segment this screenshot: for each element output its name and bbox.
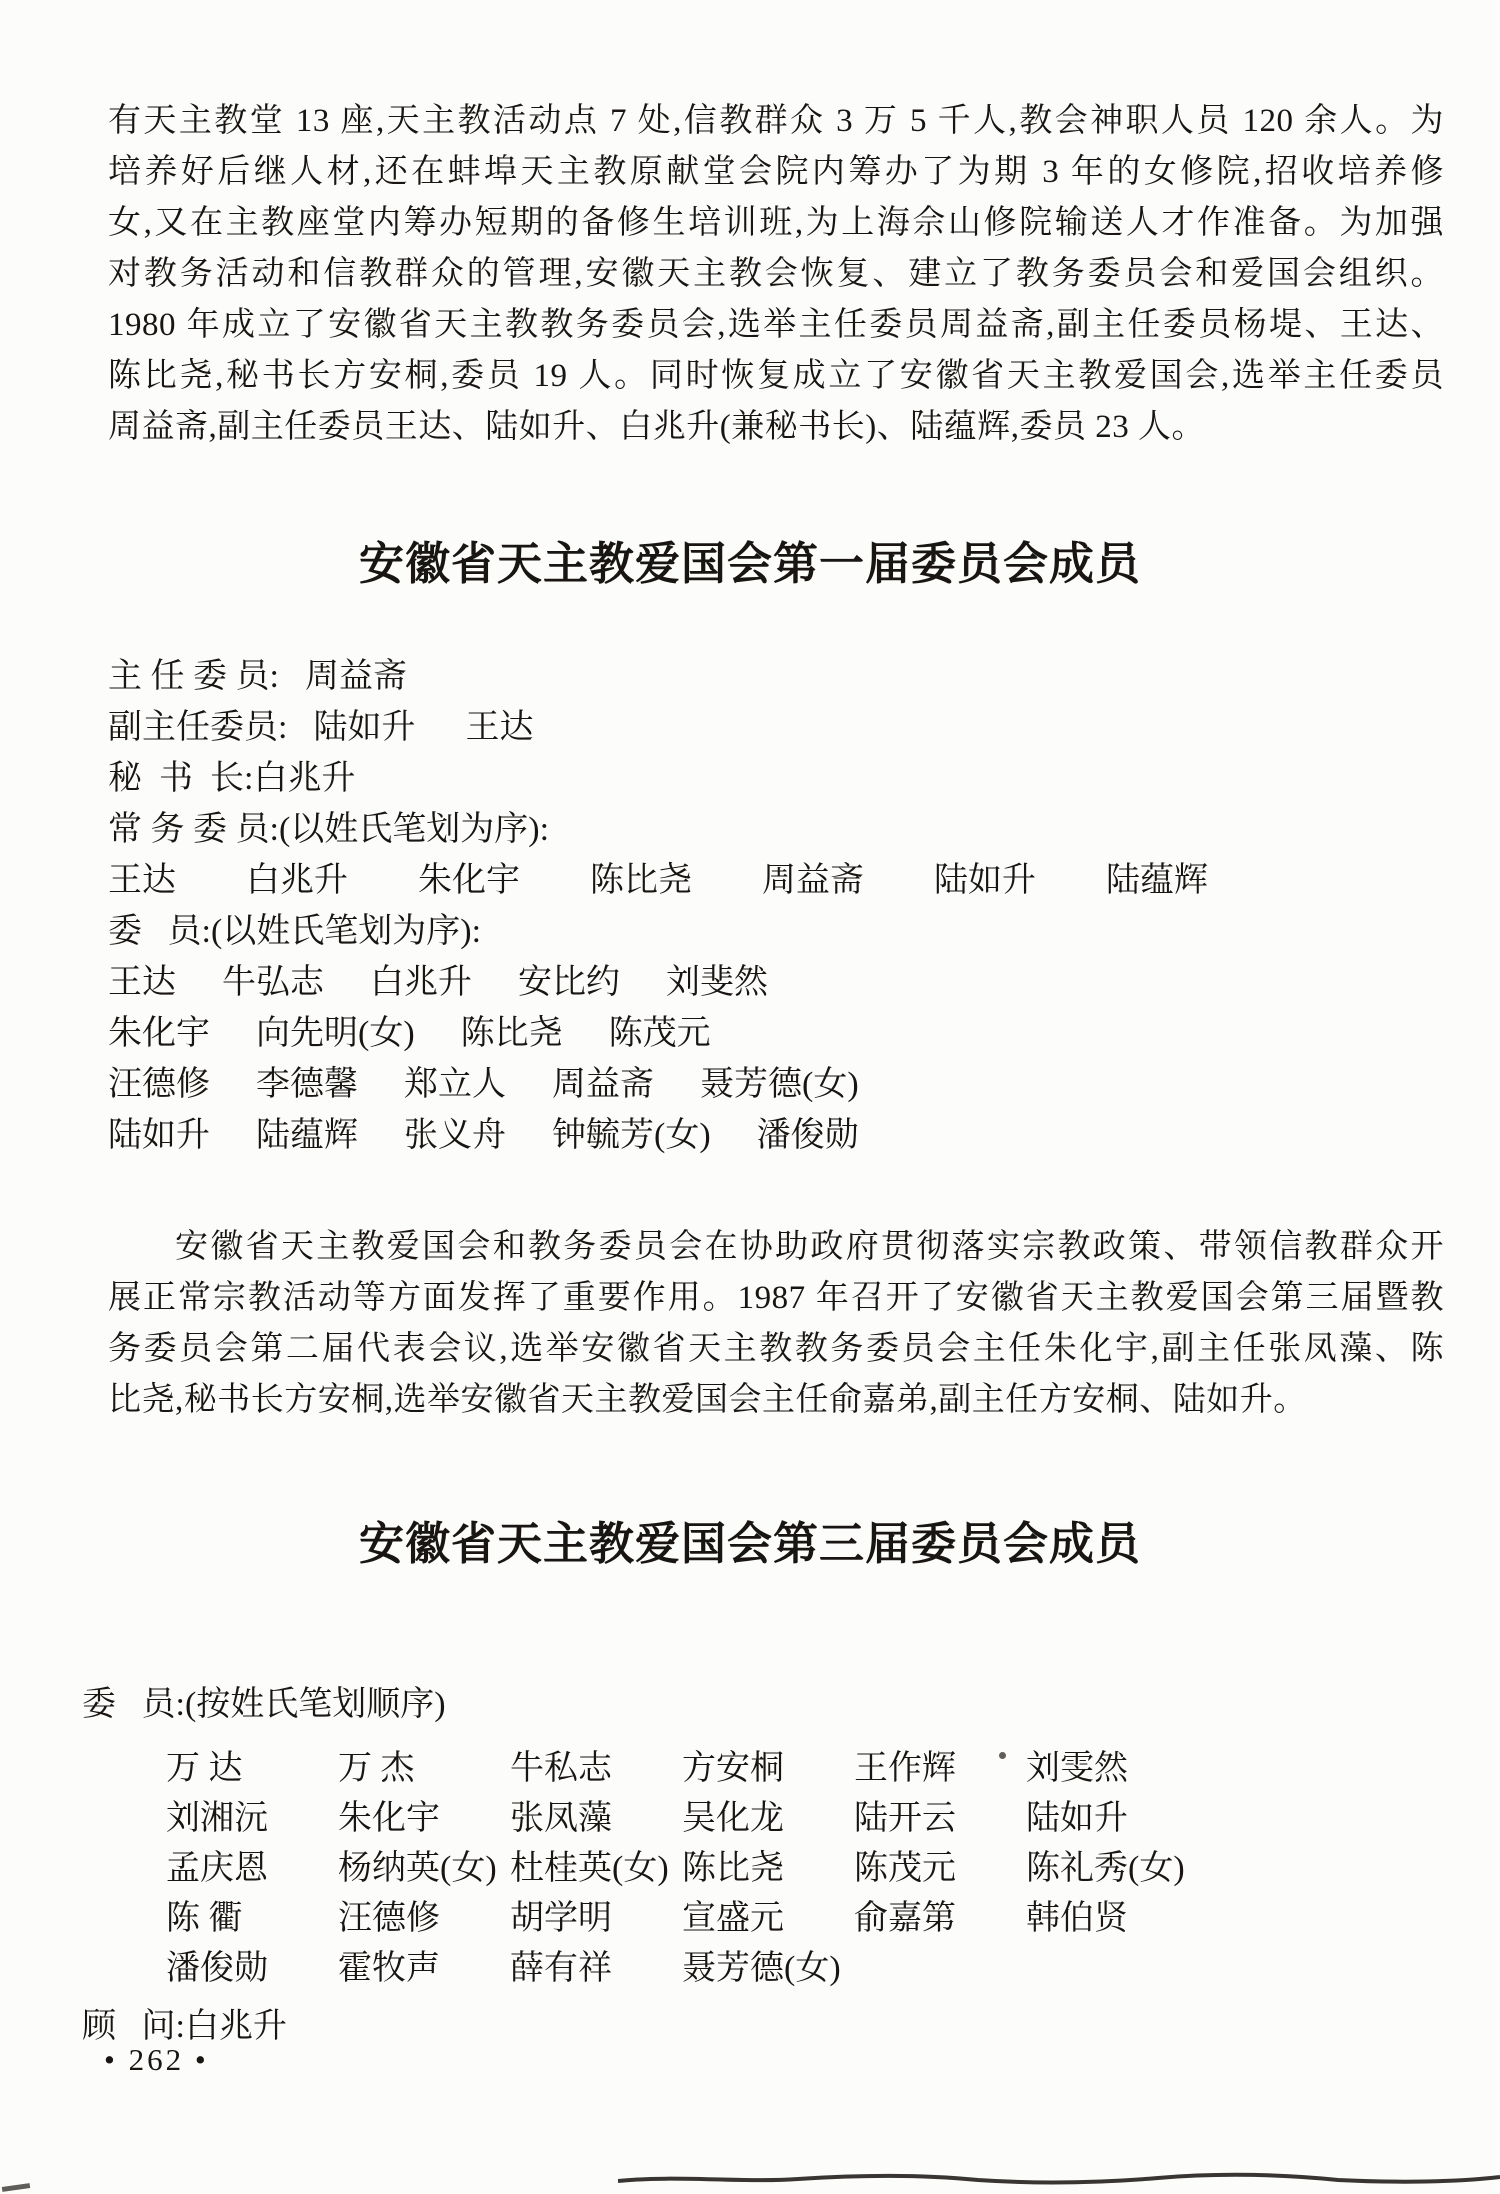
role-label: 顾 问: [82, 2008, 185, 2045]
member-name: 朱化宇 [338, 1794, 510, 1844]
member-name: 陆蕴辉 [256, 1110, 358, 1161]
standing-members-row: 王达 白兆升 朱化宇 陈比尧 周益斋 陆如升 陆蕴辉 [108, 855, 1468, 906]
member-name: 王达 [108, 957, 176, 1008]
member-name: 杜桂英(女) [510, 1844, 682, 1894]
member-name: 白兆升 [246, 855, 348, 906]
member-row: 朱化宇 向先明(女) 陈比尧 陈茂元 [108, 1008, 1468, 1059]
members-label-row: 委 员:(按姓氏笔划顺序) [82, 1680, 1482, 1730]
text-line: 比尧,秘书长方安桐,选举安徽省天主教爱国会主任俞嘉弟,副主任方安桐、陆如升。 [108, 1375, 1444, 1426]
member-name: 刘雯然 [1026, 1744, 1198, 1794]
member-name: 朱化宇 [108, 1008, 210, 1059]
role-label: 主 任 委 员: [108, 651, 279, 702]
member-name: 李德馨 [256, 1059, 358, 1110]
member-name: 薛有祥 [510, 1944, 682, 1994]
member-name: 陈礼秀(女) [1026, 1844, 1198, 1894]
member-name: 牛弘志 [222, 957, 324, 1008]
member-name: 刘斐然 [666, 957, 768, 1008]
text-line: 务委员会第二届代表会议,选举安徽省天主教教务委员会主任朱化宇,副主任张凤藻、陈 [108, 1324, 1444, 1375]
standing-label-row: 常 务 委 员:(以姓氏笔划为序): [108, 804, 1468, 855]
member-name: 陆开云 [854, 1794, 1026, 1844]
member-row: 万 达 万 杰 牛私志 方安桐 王作辉 刘雯然 [166, 1744, 1482, 1794]
role-label: 委 员:(以姓氏笔划为序): [108, 906, 481, 957]
member-name: 张凤藻 [510, 1794, 682, 1844]
member-name: 俞嘉第 [854, 1894, 1026, 1944]
member-name: 王达 [108, 855, 176, 906]
member-name: 陈比尧 [461, 1008, 563, 1059]
role-label: 秘 书 长: [108, 753, 253, 804]
member-name: 霍牧声 [338, 1944, 510, 1994]
member-row: 潘俊勋 霍牧声 薛有祥 聂芳德(女) [166, 1944, 1482, 1994]
member-name: 吴化龙 [682, 1794, 854, 1844]
member-name: 陈比尧 [682, 1844, 854, 1894]
text-line: 安徽省天主教爱国会和教务委员会在协助政府贯彻落实宗教政策、带领信教群众开 [108, 1222, 1444, 1273]
member-row: 陈 衢 汪德修 胡学明 宣盛元 俞嘉第 韩伯贤 [166, 1894, 1482, 1944]
member-name: 张义舟 [404, 1110, 506, 1161]
text-line: 女,又在主教座堂内筹办短期的备修生培训班,为上海佘山修院输送人才作准备。为加强 [108, 198, 1444, 249]
page-number: • 262 • [104, 2042, 209, 2078]
member-name: 汪德修 [108, 1059, 210, 1110]
member-name: 陆蕴辉 [1106, 855, 1208, 906]
section1-heading: 安徽省天主教爱国会第一届委员会成员 [0, 534, 1500, 594]
member-name: 陆如升 [1026, 1794, 1198, 1844]
member-row: 汪德修 李德馨 郑立人 周益斋 聂芳德(女) [108, 1059, 1468, 1110]
member-name: 胡学明 [510, 1894, 682, 1944]
member-name: 潘俊勋 [757, 1110, 859, 1161]
member-name: 刘湘沅 [166, 1794, 338, 1844]
text-line: 1980 年成立了安徽省天主教教务委员会,选举主任委员周益斋,副主任委员杨堤、王… [108, 300, 1444, 351]
member-name: 陆如升 [934, 855, 1036, 906]
members-label-row: 委 员:(以姓氏笔划为序): [108, 906, 1468, 957]
member-name: 陈茂元 [854, 1844, 1026, 1894]
member-name: 牛私志 [510, 1744, 682, 1794]
member-name: 聂芳德(女) [682, 1944, 854, 1994]
member-name: 安比约 [518, 957, 620, 1008]
member-row: 陆如升 陆蕴辉 张义舟 钟毓芳(女) 潘俊勋 [108, 1110, 1468, 1161]
member-row: 王达 牛弘志 白兆升 安比约 刘斐然 [108, 957, 1468, 1008]
chairman-row: 主 任 委 员: 周益斋 [108, 651, 1468, 702]
member-name: 周益斋 [305, 651, 407, 702]
text-line: 对教务活动和信教群众的管理,安徽天主教会恢复、建立了教务委员会和爱国会组织。 [108, 249, 1444, 300]
member-name: 王达 [465, 702, 533, 753]
member-name: 朱化宇 [418, 855, 520, 906]
section2-heading: 安徽省天主教爱国会第三届委员会成员 [0, 1514, 1500, 1574]
member-name: 白兆升 [185, 2008, 287, 2045]
member-name: 汪德修 [338, 1894, 510, 1944]
role-label: 副主任委员: [108, 702, 287, 753]
member-name: 方安桐 [682, 1744, 854, 1794]
paragraph-2: 安徽省天主教爱国会和教务委员会在协助政府贯彻落实宗教政策、带领信教群众开 展正常… [108, 1222, 1444, 1426]
paragraph-1: 有天主教堂 13 座,天主教活动点 7 处,信教群众 3 万 5 千人,教会神职… [108, 96, 1444, 453]
member-row: 孟庆恩 杨纳英(女) 杜桂英(女) 陈比尧 陈茂元 陈礼秀(女) [166, 1844, 1482, 1894]
member-name: 聂芳德(女) [700, 1059, 859, 1110]
member-name: 陆如升 [313, 702, 415, 753]
member-name: 孟庆恩 [166, 1844, 338, 1894]
text-line: 展正常宗教活动等方面发挥了重要作用。1987 年召开了安徽省天主教爱国会第三届暨… [108, 1273, 1444, 1324]
advisor-row: 顾 问:白兆升 [82, 2002, 1482, 2052]
text-line: 陈比尧,秘书长方安桐,委员 19 人。同时恢复成立了安徽省天主教爱国会,选举主任… [108, 351, 1444, 402]
text-line: 周益斋,副主任委员王达、陆如升、白兆升(兼秘书长)、陆蕴辉,委员 23 人。 [108, 402, 1444, 453]
member-name: 宣盛元 [682, 1894, 854, 1944]
member-name: 陈茂元 [609, 1008, 711, 1059]
role-label: 委 员:(按姓氏笔划顺序) [82, 1686, 446, 1723]
member-name: 杨纳英(女) [338, 1844, 510, 1894]
committee1-list: 主 任 委 员: 周益斋 副主任委员: 陆如升 王达 秘 书 长: 白兆升 常 … [108, 651, 1468, 1161]
text-line: 有天主教堂 13 座,天主教活动点 7 处,信教群众 3 万 5 千人,教会神职… [108, 96, 1444, 147]
member-name: 周益斋 [552, 1059, 654, 1110]
scan-speck [999, 1752, 1006, 1759]
vice-chairman-row: 副主任委员: 陆如升 王达 [108, 702, 1468, 753]
member-name: 白兆升 [370, 957, 472, 1008]
member-name: 向先明(女) [256, 1008, 415, 1059]
member-name: 潘俊勋 [166, 1944, 338, 1994]
member-name: 钟毓芳(女) [552, 1110, 711, 1161]
member-name: 郑立人 [404, 1059, 506, 1110]
member-name: 万 杰 [338, 1744, 510, 1794]
role-label: 常 务 委 员:(以姓氏笔划为序): [108, 804, 549, 855]
member-name: 万 达 [166, 1744, 338, 1794]
member-name: 陈比尧 [590, 855, 692, 906]
scan-edge-artifact [618, 2170, 1500, 2193]
text-line: 培养好后继人材,还在蚌埠天主教原献堂会院内筹办了为期 3 年的女修院,招收培养修 [108, 147, 1444, 198]
scanned-book-page: 有天主教堂 13 座,天主教活动点 7 处,信教群众 3 万 5 千人,教会神职… [0, 0, 1500, 2194]
member-name: 周益斋 [762, 855, 864, 906]
member-name: 白兆升 [253, 753, 355, 804]
member-name: 韩伯贤 [1026, 1894, 1198, 1944]
member-row: 刘湘沅 朱化宇 张凤藻 吴化龙 陆开云 陆如升 [166, 1794, 1482, 1844]
scan-corner-artifact [2, 2183, 30, 2192]
committee2-list: 委 员:(按姓氏笔划顺序) 万 达 万 杰 牛私志 方安桐 王作辉 刘雯然 刘湘… [82, 1680, 1482, 2052]
secretary-row: 秘 书 长: 白兆升 [108, 753, 1468, 804]
member-name: 陈 衢 [166, 1894, 338, 1944]
member-name: 陆如升 [108, 1110, 210, 1161]
